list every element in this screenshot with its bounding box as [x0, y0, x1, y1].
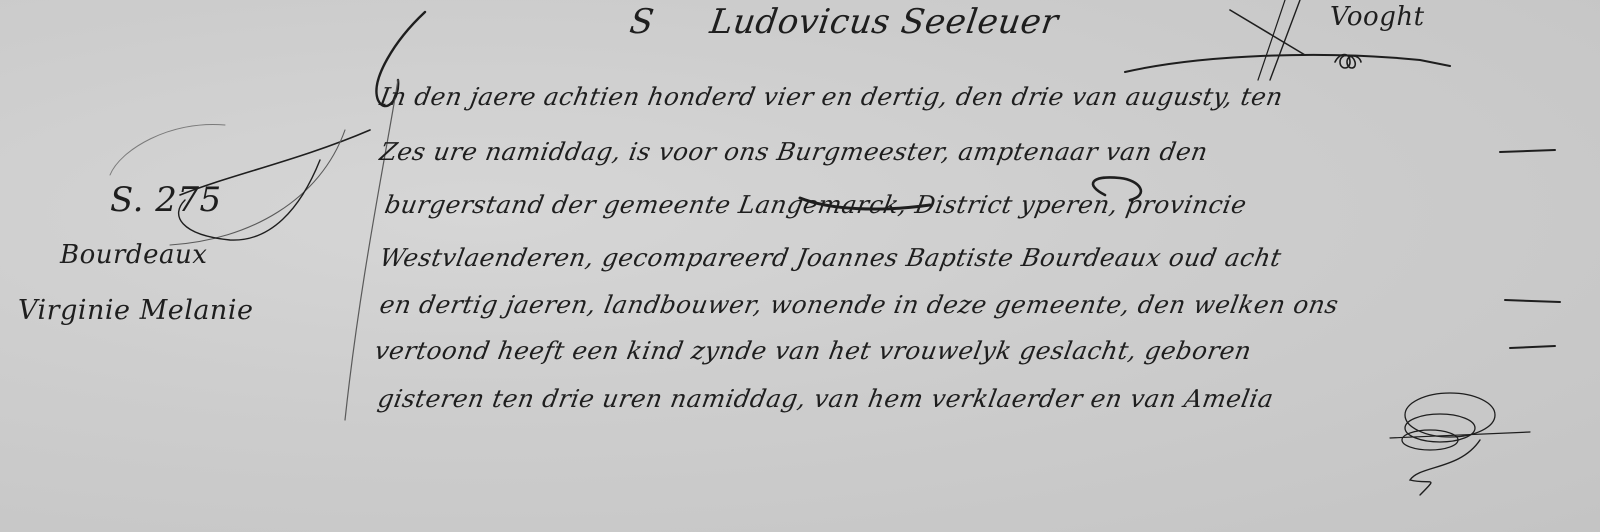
header-signature: Vooght — [1330, 2, 1425, 32]
body-line-1: In den jaere achtien honderd vier en der… — [377, 82, 1285, 112]
body-line-7: gisteren ten drie uren namiddag, van hem… — [375, 384, 1276, 414]
child-surname: Bourdeaux — [60, 240, 207, 270]
header-text: Ludovicus Seeleuer — [708, 2, 1061, 42]
header-fragment: S Ludovicus Seeleuer — [627, 0, 1061, 44]
entry-number: S. 275 — [110, 180, 222, 220]
body-line-2: Zes ure namiddag, is voor ons Burgmeeste… — [377, 137, 1210, 167]
body-line-5: en dertig jaeren, landbouwer, wonende in… — [377, 290, 1341, 320]
body-line-4: Westvlaenderen, gecompareerd Joannes Bap… — [377, 243, 1283, 273]
child-given-names: Virginie Melanie — [18, 295, 253, 326]
scanned-register-page: S Ludovicus Seeleuer Vooght S. 275 Bourd… — [0, 0, 1600, 532]
body-line-3: burgerstand der gemeente Langemarck, Dis… — [382, 190, 1249, 220]
body-line-6: vertoond heeft een kind zynde van het vr… — [372, 336, 1253, 366]
header-left-mark: S — [627, 2, 656, 42]
